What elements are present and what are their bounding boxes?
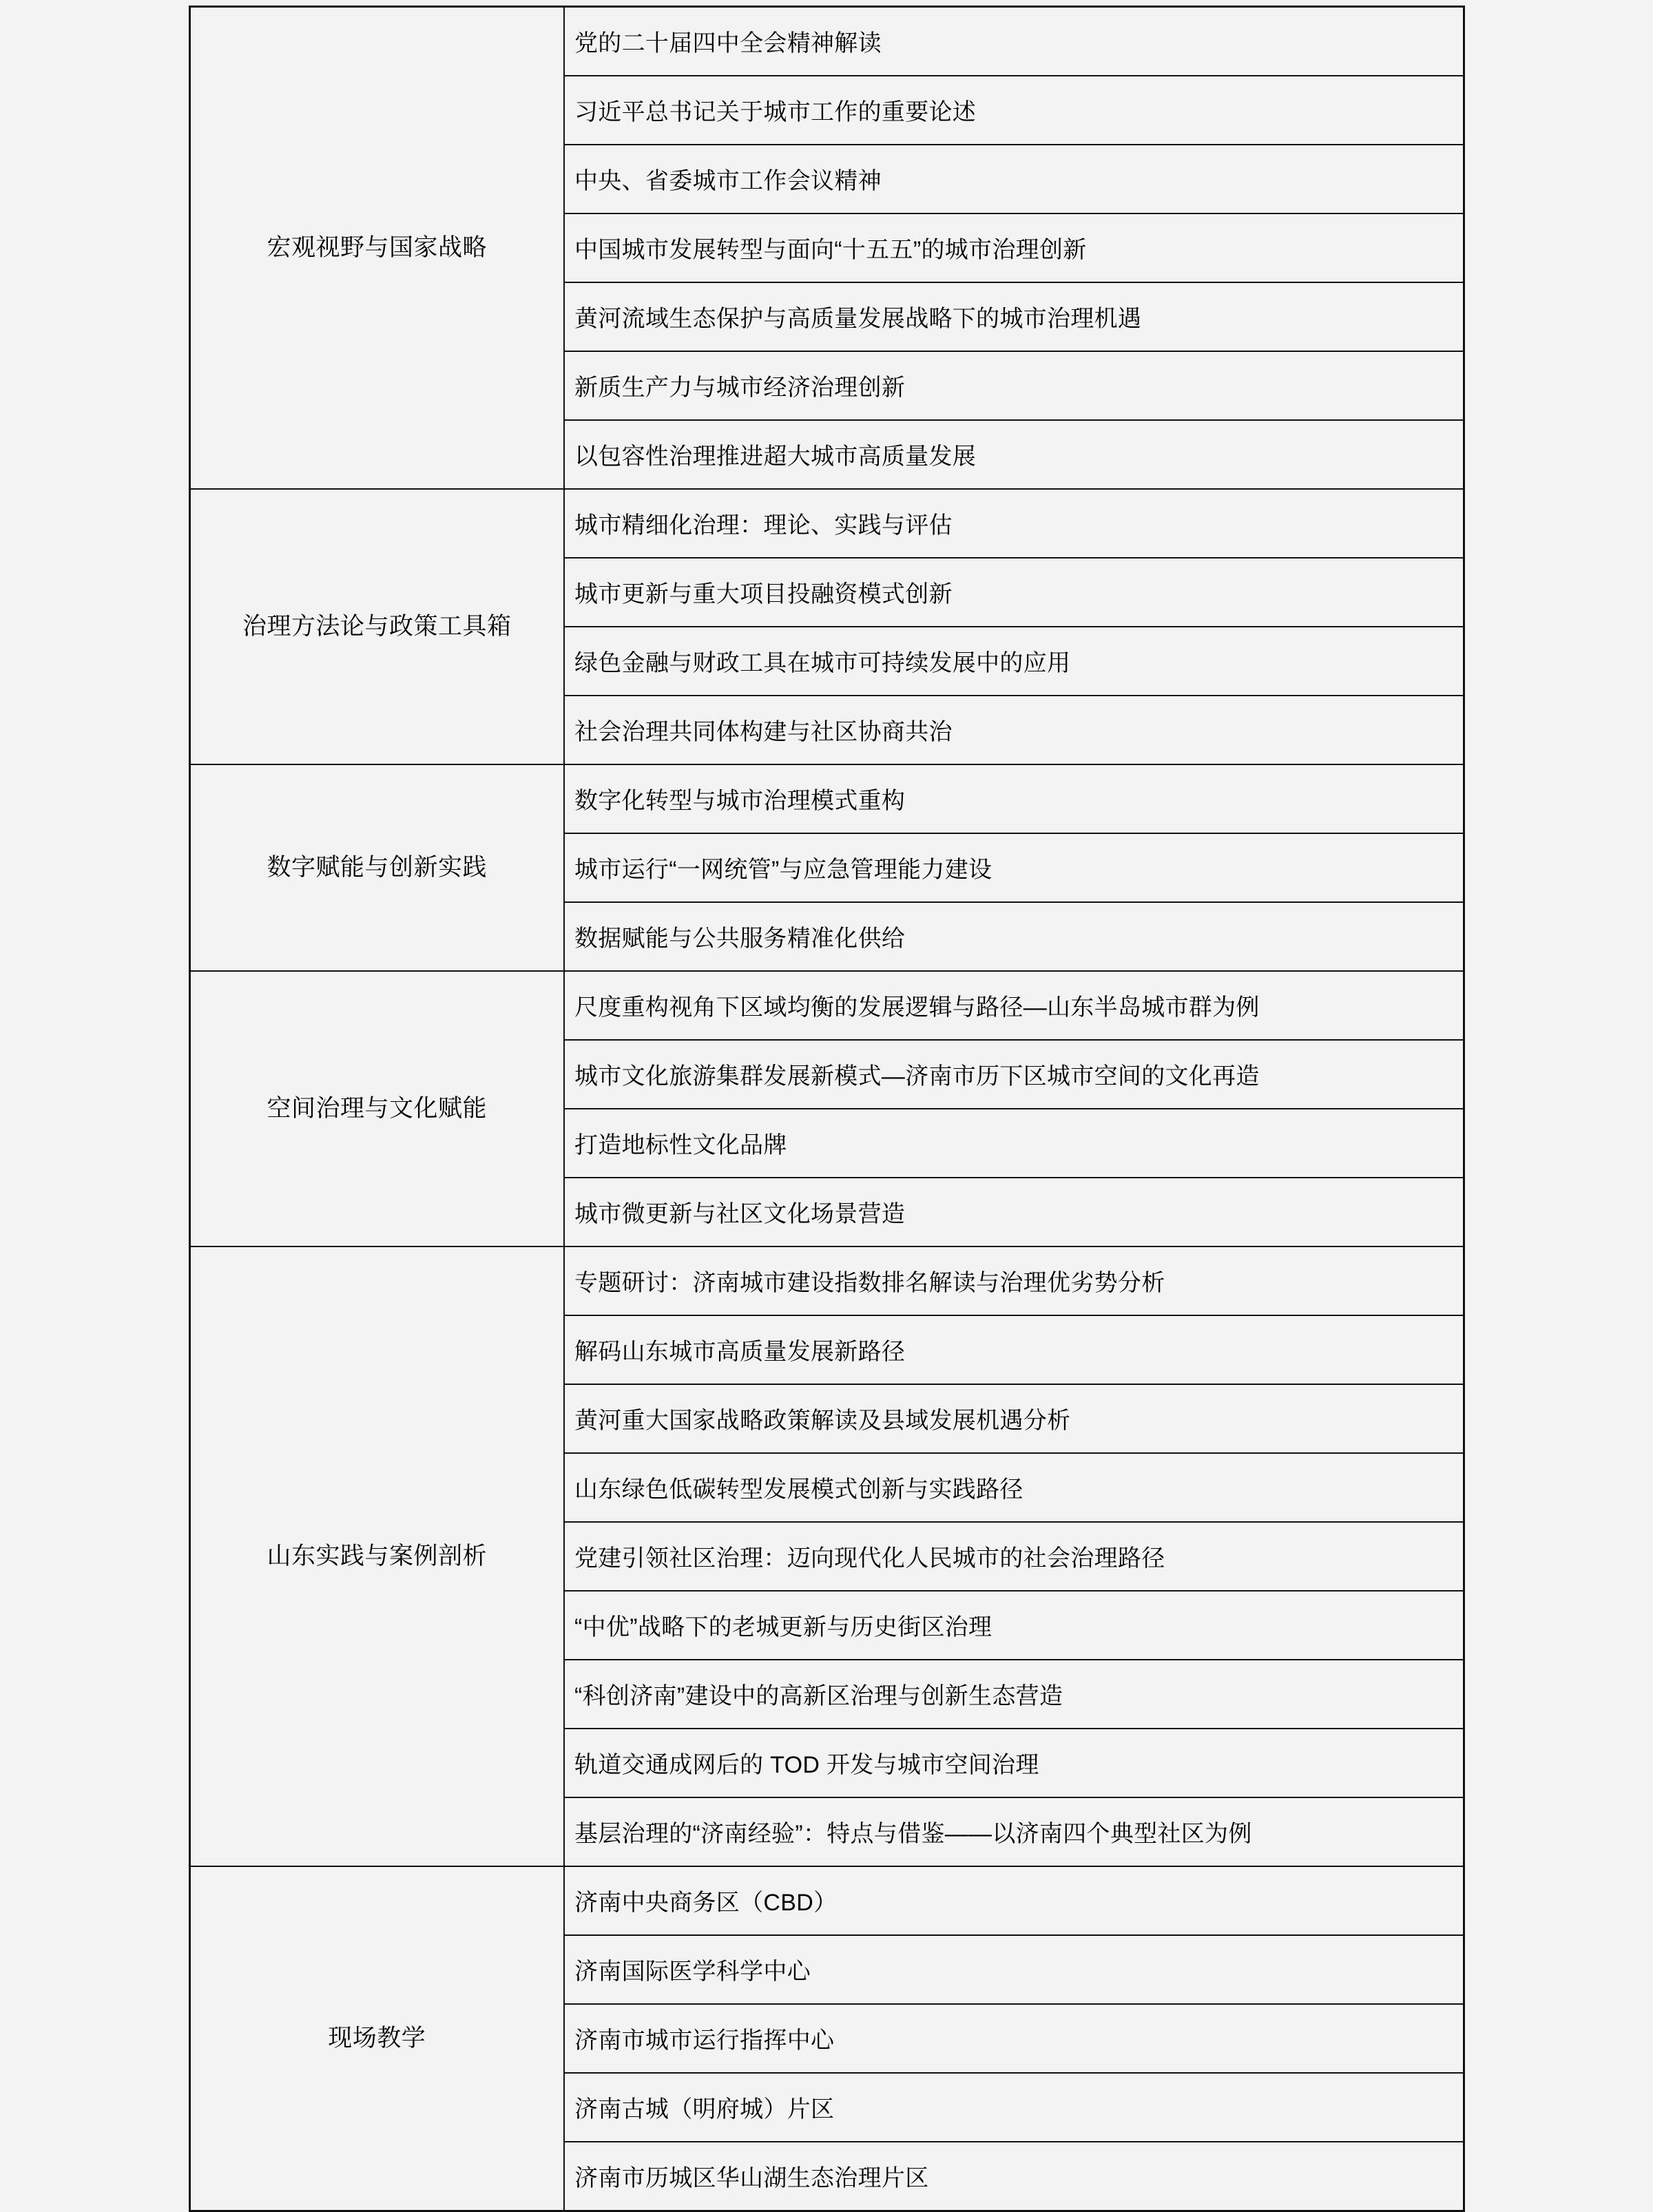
course-topic-cell: 绿色金融与财政工具在城市可持续发展中的应用 — [564, 627, 1464, 696]
table-row: 山东实践与案例剖析专题研讨：济南城市建设指数排名解读与治理优劣势分析 — [189, 1246, 1464, 1315]
course-topic-cell: 山东绿色低碳转型发展模式创新与实践路径 — [564, 1453, 1464, 1522]
course-topic-cell: 基层治理的“济南经验”：特点与借鉴——以济南四个典型社区为例 — [564, 1797, 1464, 1866]
course-topic-cell: “中优”战略下的老城更新与历史街区治理 — [564, 1591, 1464, 1660]
course-topic-cell: 习近平总书记关于城市工作的重要论述 — [564, 76, 1464, 145]
course-topic-cell: 济南市城市运行指挥中心 — [564, 2004, 1464, 2073]
course-topic-cell: 党的二十届四中全会精神解读 — [564, 7, 1464, 76]
category-cell: 宏观视野与国家战略 — [189, 7, 564, 490]
category-cell: 数字赋能与创新实践 — [189, 764, 564, 971]
course-topic-cell: “科创济南”建设中的高新区治理与创新生态营造 — [564, 1660, 1464, 1729]
course-topic-cell: 济南市历城区华山湖生态治理片区 — [564, 2142, 1464, 2211]
table-row: 数字赋能与创新实践数字化转型与城市治理模式重构 — [189, 764, 1464, 833]
table-row: 现场教学济南中央商务区（CBD） — [189, 1866, 1464, 1935]
course-topic-cell: 数字化转型与城市治理模式重构 — [564, 764, 1464, 833]
course-topic-cell: 尺度重构视角下区域均衡的发展逻辑与路径—山东半岛城市群为例 — [564, 971, 1464, 1040]
course-topic-cell: 新质生产力与城市经济治理创新 — [564, 351, 1464, 420]
course-topic-cell: 中央、省委城市工作会议精神 — [564, 145, 1464, 213]
table-row: 空间治理与文化赋能尺度重构视角下区域均衡的发展逻辑与路径—山东半岛城市群为例 — [189, 971, 1464, 1040]
course-topic-cell: 社会治理共同体构建与社区协商共治 — [564, 696, 1464, 764]
page-body: 宏观视野与国家战略党的二十届四中全会精神解读习近平总书记关于城市工作的重要论述中… — [0, 0, 1653, 2212]
course-topic-cell: 轨道交通成网后的 TOD 开发与城市空间治理 — [564, 1729, 1464, 1797]
course-topic-cell: 城市文化旅游集群发展新模式—济南市历下区城市空间的文化再造 — [564, 1040, 1464, 1109]
course-topic-cell: 城市微更新与社区文化场景营造 — [564, 1178, 1464, 1246]
course-topic-cell: 济南古城（明府城）片区 — [564, 2073, 1464, 2142]
course-topic-cell: 城市运行“一网统管”与应急管理能力建设 — [564, 833, 1464, 902]
course-topic-cell: 党建引领社区治理：迈向现代化人民城市的社会治理路径 — [564, 1522, 1464, 1591]
course-topic-cell: 黄河重大国家战略政策解读及县域发展机遇分析 — [564, 1384, 1464, 1453]
course-topic-cell: 打造地标性文化品牌 — [564, 1109, 1464, 1178]
category-cell: 山东实践与案例剖析 — [189, 1246, 564, 1866]
table-row: 宏观视野与国家战略党的二十届四中全会精神解读 — [189, 7, 1464, 76]
course-topic-cell: 济南中央商务区（CBD） — [564, 1866, 1464, 1935]
course-topic-cell: 专题研讨：济南城市建设指数排名解读与治理优劣势分析 — [564, 1246, 1464, 1315]
course-topic-cell: 数据赋能与公共服务精准化供给 — [564, 902, 1464, 971]
course-topic-cell: 中国城市发展转型与面向“十五五”的城市治理创新 — [564, 213, 1464, 282]
course-topic-cell: 黄河流域生态保护与高质量发展战略下的城市治理机遇 — [564, 282, 1464, 351]
category-cell: 空间治理与文化赋能 — [189, 971, 564, 1246]
curriculum-table-body: 宏观视野与国家战略党的二十届四中全会精神解读习近平总书记关于城市工作的重要论述中… — [189, 7, 1464, 2211]
category-cell: 治理方法论与政策工具箱 — [189, 489, 564, 764]
category-cell: 现场教学 — [189, 1866, 564, 2211]
course-topic-cell: 济南国际医学科学中心 — [564, 1935, 1464, 2004]
curriculum-table: 宏观视野与国家战略党的二十届四中全会精神解读习近平总书记关于城市工作的重要论述中… — [189, 6, 1465, 2212]
course-topic-cell: 以包容性治理推进超大城市高质量发展 — [564, 420, 1464, 489]
course-topic-cell: 城市更新与重大项目投融资模式创新 — [564, 558, 1464, 627]
course-topic-cell: 城市精细化治理：理论、实践与评估 — [564, 489, 1464, 558]
course-topic-cell: 解码山东城市高质量发展新路径 — [564, 1315, 1464, 1384]
table-row: 治理方法论与政策工具箱城市精细化治理：理论、实践与评估 — [189, 489, 1464, 558]
